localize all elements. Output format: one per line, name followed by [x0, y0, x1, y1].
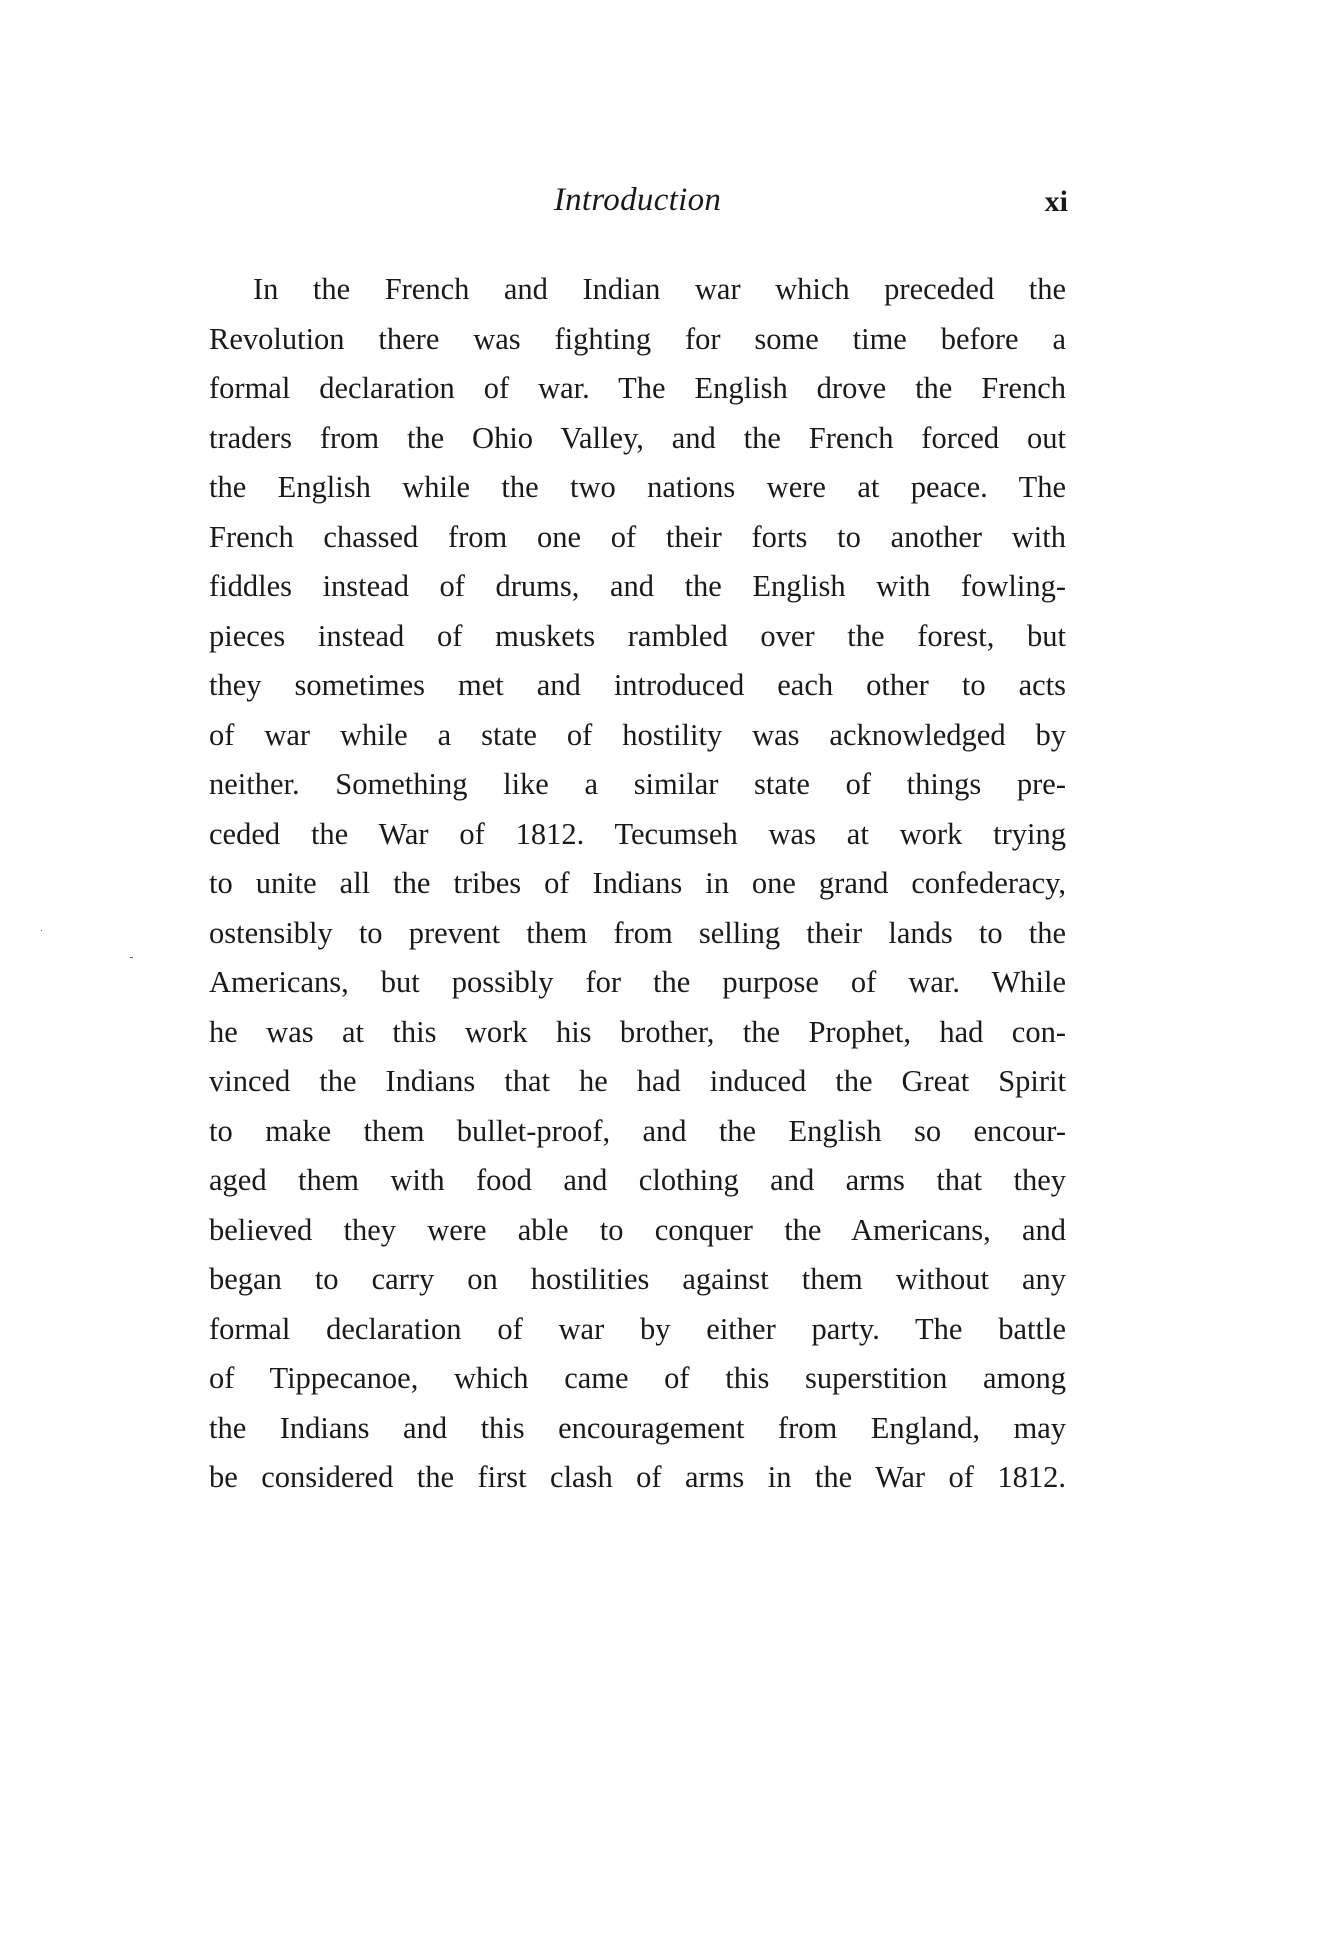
book-page: Introduction xi In the French and Indian…	[0, 0, 1320, 1944]
text-line: French chassed from one of their forts t…	[209, 513, 1066, 563]
running-head: Introduction xi	[209, 178, 1066, 222]
text-line: In the French and Indian war which prece…	[209, 265, 1066, 315]
text-line: to make them bullet-proof, and the Engli…	[209, 1107, 1066, 1157]
text-line: the Indians and this encouragement from …	[209, 1404, 1066, 1454]
scan-speck	[130, 957, 133, 958]
text-line: began to carry on hostilities against th…	[209, 1255, 1066, 1305]
text-line: formal declaration of war by either part…	[209, 1305, 1066, 1355]
text-line: vinced the Indians that he had induced t…	[209, 1057, 1066, 1107]
text-line: the English while the two nations were a…	[209, 463, 1066, 513]
text-line: pieces instead of muskets rambled over t…	[209, 612, 1066, 662]
text-line: ostensibly to prevent them from selling …	[209, 909, 1066, 959]
running-title: Introduction	[209, 178, 1066, 222]
text-line: traders from the Ohio Valley, and the Fr…	[209, 414, 1066, 464]
text-line: he was at this work his brother, the Pro…	[209, 1008, 1066, 1058]
text-line: to unite all the tribes of Indians in on…	[209, 859, 1066, 909]
text-line: they sometimes met and introduced each o…	[209, 661, 1066, 711]
text-line: neither. Something like a similar state …	[209, 760, 1066, 810]
text-line: Americans, but possibly for the purpose …	[209, 958, 1066, 1008]
text-line: formal declaration of war. The English d…	[209, 364, 1066, 414]
text-line: of Tippecanoe, which came of this supers…	[209, 1354, 1066, 1404]
text-line: ceded the War of 1812. Tecumseh was at w…	[209, 810, 1066, 860]
scan-speck	[41, 930, 42, 931]
text-line: Revolution there was fighting for some t…	[209, 315, 1066, 365]
text-line: fiddles instead of drums, and the Englis…	[209, 562, 1066, 612]
text-line: of war while a state of hostility was ac…	[209, 711, 1066, 761]
body-paragraph: In the French and Indian war which prece…	[209, 265, 1066, 1503]
page-number: xi	[1045, 180, 1068, 224]
text-line: aged them with food and clothing and arm…	[209, 1156, 1066, 1206]
text-line: believed they were able to conquer the A…	[209, 1206, 1066, 1256]
text-line: be considered the first clash of arms in…	[209, 1453, 1066, 1503]
